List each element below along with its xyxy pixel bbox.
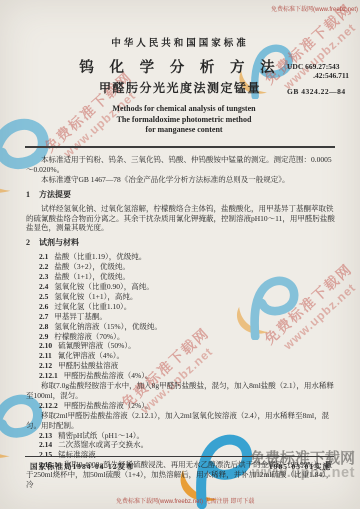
reagent-text: 氢氧化铵（比重0.90），高纯。 <box>54 282 153 291</box>
reagent-number: 2.5 <box>39 292 48 301</box>
reagent-item: 2.7甲基异丁基酮。 <box>26 312 338 322</box>
reagent-number: 2.12.1 <box>39 371 58 380</box>
section1-number: 1 <box>26 190 30 199</box>
reagent-text: 甲醛肟盐酸盐溶液（2%）。 <box>64 401 153 410</box>
reagent-item: 2.9柠檬酸溶液（70%）。 <box>26 332 338 342</box>
section1-title: 方法提要 <box>39 190 71 199</box>
section1-body: 试样经氢氧化钠、过氧化氢溶解，柠檬酸络合主体钨，盐酸酸化，用甲基异丁基酮萃取铁的… <box>26 204 338 234</box>
intro-paragraph-1: 本标准适用于钨粉、钨条、三氧化钨、钨酸、仲钨酸铵中锰量的测定。测定范围：0.00… <box>26 155 338 175</box>
reagent-number: 2.12.2 <box>39 401 58 410</box>
footer-implemented-date: 1985-03-01实施 <box>269 461 331 472</box>
reagent-list: 2.1盐酸（比重1.19），优级纯。 2.2盐酸（3+2），优级纯。 2.3盐酸… <box>26 252 338 490</box>
reagent-item: 2.2盐酸（3+2），优级纯。 <box>26 262 338 272</box>
reagent-item: 2.4氢氧化铵（比重0.90），高纯。 <box>26 282 338 292</box>
intro-paragraph-2: 本标准遵守GB 1467—78《冶金产品化学分析方法标准的总则及一般规定》。 <box>26 175 338 185</box>
reagent-number: 2.8 <box>39 322 48 331</box>
reagent-number: 2.2 <box>39 262 48 271</box>
reagent-number: 2.6 <box>39 302 48 311</box>
reagent-text: 盐酸（1+1），优级纯。 <box>54 272 129 281</box>
section2-title: 试剂与材料 <box>39 238 79 247</box>
reagent-text: 柠檬酸溶液（70%）。 <box>54 332 124 341</box>
reagent-number: 2.11 <box>39 351 52 360</box>
reagent-item: 2.11氰化钾溶液（4%）。 <box>26 351 338 361</box>
reagent-text: 甲基异丁基酮。 <box>54 312 107 321</box>
top-download-note: 免费标准下载网(www.freebz.net) <box>271 4 358 13</box>
reagent-text: 氰化钾溶液（4%）。 <box>58 351 124 360</box>
content-area: 本标准适用于钨粉、钨条、三氧化钨、钨酸、仲钨酸铵中锰量的测定。测定范围：0.00… <box>26 155 338 490</box>
reagent-item: 2.6过氧化氢（比重1.10）。 <box>26 302 338 312</box>
reagent-text: 氢氧化钠溶液（15%），优级纯。 <box>54 322 162 331</box>
reagent-text: 盐酸（比重1.19），优级纯。 <box>54 252 146 261</box>
english-title-line3: for manganese content <box>8 125 360 136</box>
reagent-text: 锰标准溶液 <box>58 450 96 459</box>
national-standard-label: 中华人民共和国国家标准 <box>0 35 360 49</box>
reagent-item: 2.8氢氧化钠溶液（15%），优级纯。 <box>26 322 338 332</box>
english-title-line1: Methods for chemical analysis of tungste… <box>8 104 360 115</box>
document-body: 中华人民共和国国家标准 钨 化 学 分 析 方 法 甲醛肟分光光度法测定锰量 M… <box>0 0 360 509</box>
footer-rule <box>25 456 334 457</box>
header-rule <box>25 146 335 148</box>
reagent-text: 氢氧化铵（1+1），高纯。 <box>54 292 137 301</box>
reagent-number: 2.4 <box>39 282 48 291</box>
udc-code-line1: UDC 669.27:543 <box>287 62 349 71</box>
reagent-paragraph: 称取7.0g盐酸羟胺溶于水中，加入8g甲醛肟盐酸盐，混匀，加入8ml盐酸（2.1… <box>26 381 338 401</box>
reagent-item: 2.12.2甲醛肟盐酸盐溶液（2%）。 <box>26 401 338 411</box>
reagent-number: 2.3 <box>39 272 48 281</box>
reagent-text: 二次蒸馏水或离子交换水。 <box>58 440 148 449</box>
reagent-number: 2.15 <box>39 450 52 459</box>
reagent-item: 2.3盐酸（1+1），优级纯。 <box>26 272 338 282</box>
udc-block: UDC 669.27:543 .42:546.711 GB 4324.22—84 <box>287 62 349 96</box>
reagent-text: 硫氰酸钾溶液（50%）。 <box>58 341 136 350</box>
reagent-number: 2.1 <box>39 252 48 261</box>
reagent-text: 过氧化氢（比重1.10）。 <box>54 302 131 311</box>
reagent-item: 2.13精密pH试纸（pH1～14）。 <box>26 431 338 441</box>
reagent-number: 2.9 <box>39 332 48 341</box>
footer: 国家标准局1984-04-12发布 1985-03-01实施 <box>30 461 331 472</box>
udc-code-line2: .42:546.711 <box>287 71 349 80</box>
reagent-number: 2.13 <box>39 431 52 440</box>
bottom-download-note: 免费标准下载网(www.freebz.net) 无需注册 即可下载 <box>116 496 254 505</box>
reagent-item: 2.10硫氰酸钾溶液（50%）。 <box>26 341 338 351</box>
footer-issued-date: 国家标准局1984-04-12发布 <box>30 461 135 472</box>
reagent-number: 2.7 <box>39 312 48 321</box>
reagent-number: 2.14 <box>39 440 52 449</box>
english-title-line2: The formaldoxime photometric method <box>8 115 360 126</box>
reagent-item: 2.12甲醛肟盐酸盐溶液 <box>26 361 338 371</box>
scanned-standard-page: 免费标准下载网 www.upbz.net 免费标准下载网 www.upbz.ne… <box>0 0 360 509</box>
reagent-text: 精密pH试纸（pH1～14）。 <box>58 431 144 440</box>
reagent-number: 2.12 <box>39 361 52 370</box>
reagent-item: 2.14二次蒸馏水或离子交换水。 <box>26 440 338 450</box>
reagent-paragraph: 移取2ml甲醛肟盐酸盐溶液（2.12.1），加入2ml氢氧化铵溶液（2.4），用… <box>26 411 338 431</box>
reagent-text: 甲醛肟盐酸盐溶液 <box>58 361 118 370</box>
reagent-item: 2.12.1甲醛肟盐酸盐溶液（4%）。 <box>26 371 338 381</box>
reagent-item: 2.1盐酸（比重1.19），优级纯。 <box>26 252 338 262</box>
reagent-item: 2.5氢氧化铵（1+1），高纯。 <box>26 292 338 302</box>
reagent-text: 盐酸（3+2），优级纯。 <box>54 262 129 271</box>
section2-number: 2 <box>26 238 30 247</box>
section2-heading: 2试剂与材料 <box>26 238 338 248</box>
reagent-number: 2.10 <box>39 341 52 350</box>
gb-code: GB 4324.22—84 <box>287 87 349 96</box>
reagent-text: 甲醛肟盐酸盐溶液（4%）。 <box>64 371 153 380</box>
section1-heading: 1方法提要 <box>26 190 338 200</box>
english-title: Methods for chemical analysis of tungste… <box>8 104 360 136</box>
